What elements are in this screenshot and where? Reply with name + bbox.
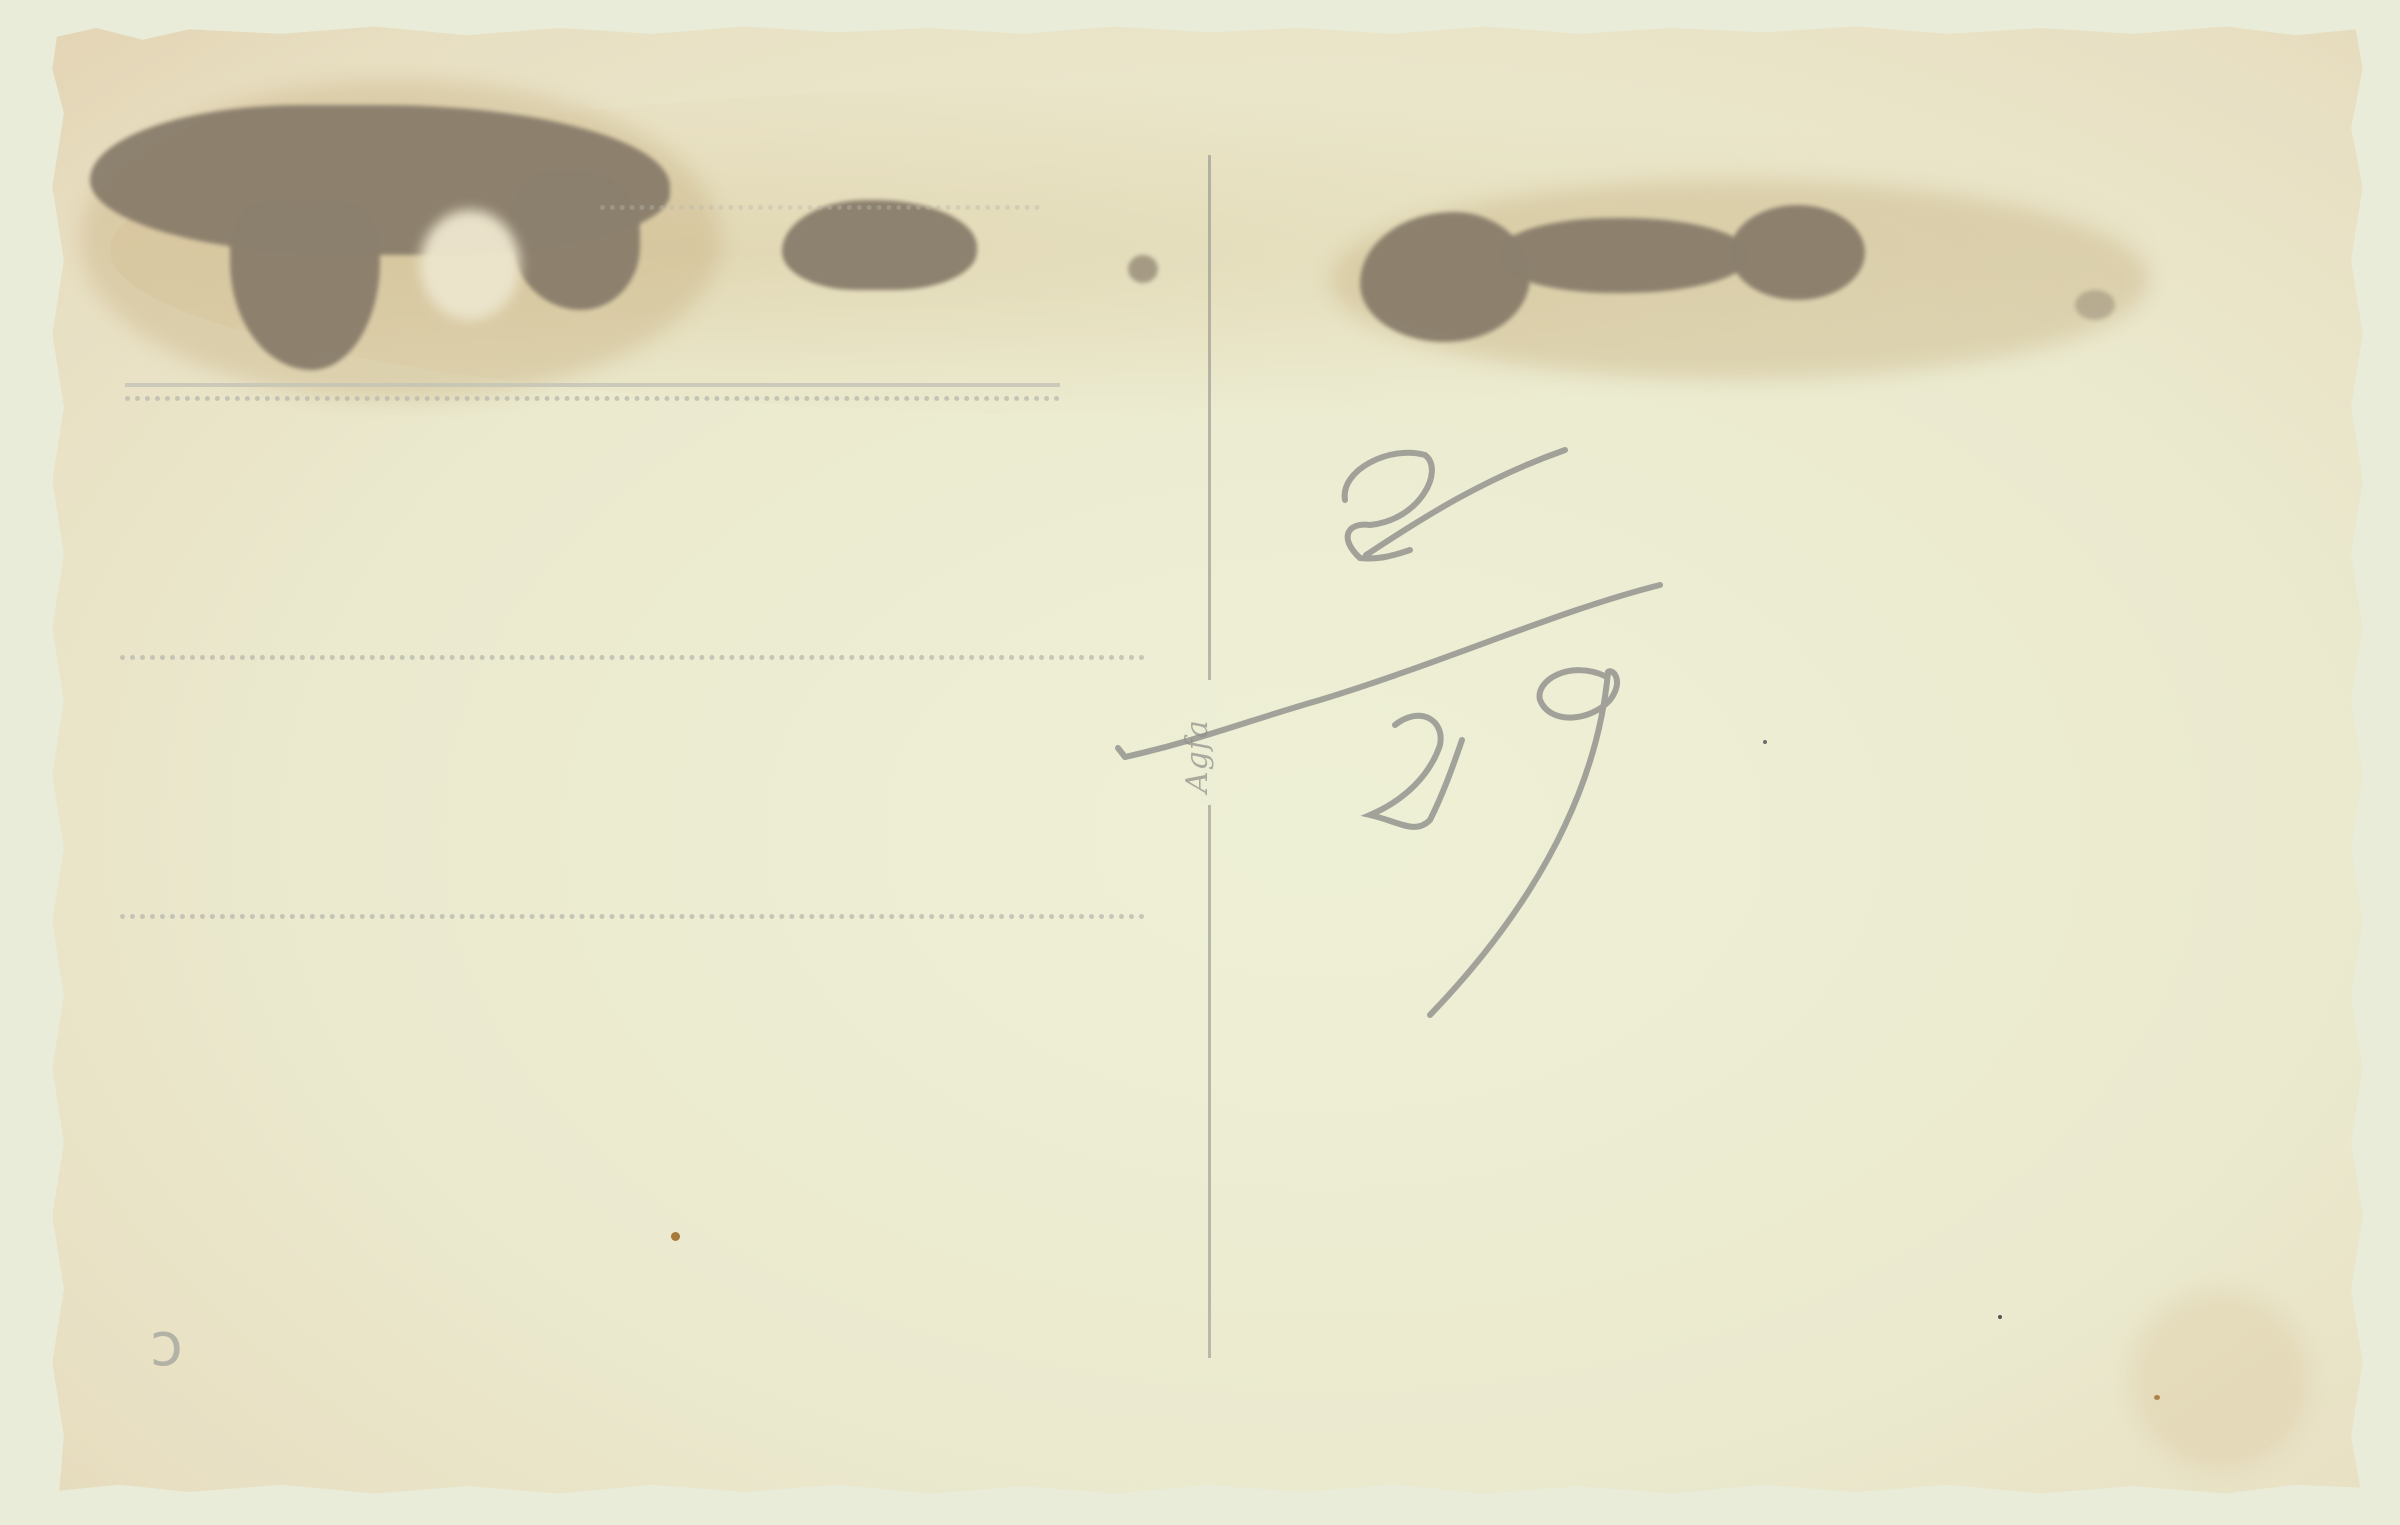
foxing-speck (1998, 1315, 2002, 1319)
pencil-digit-2-bottom (1370, 716, 1462, 827)
faint-stamp-stain (2130, 1290, 2310, 1470)
pencil-digit-9 (1430, 670, 1617, 1015)
foxing-speck (1763, 740, 1767, 744)
foxing-speck (671, 1232, 680, 1241)
corner-mark: ↄ (150, 1310, 183, 1380)
pencil-strokes (0, 0, 2400, 1525)
pencil-slash-top (1366, 450, 1565, 555)
